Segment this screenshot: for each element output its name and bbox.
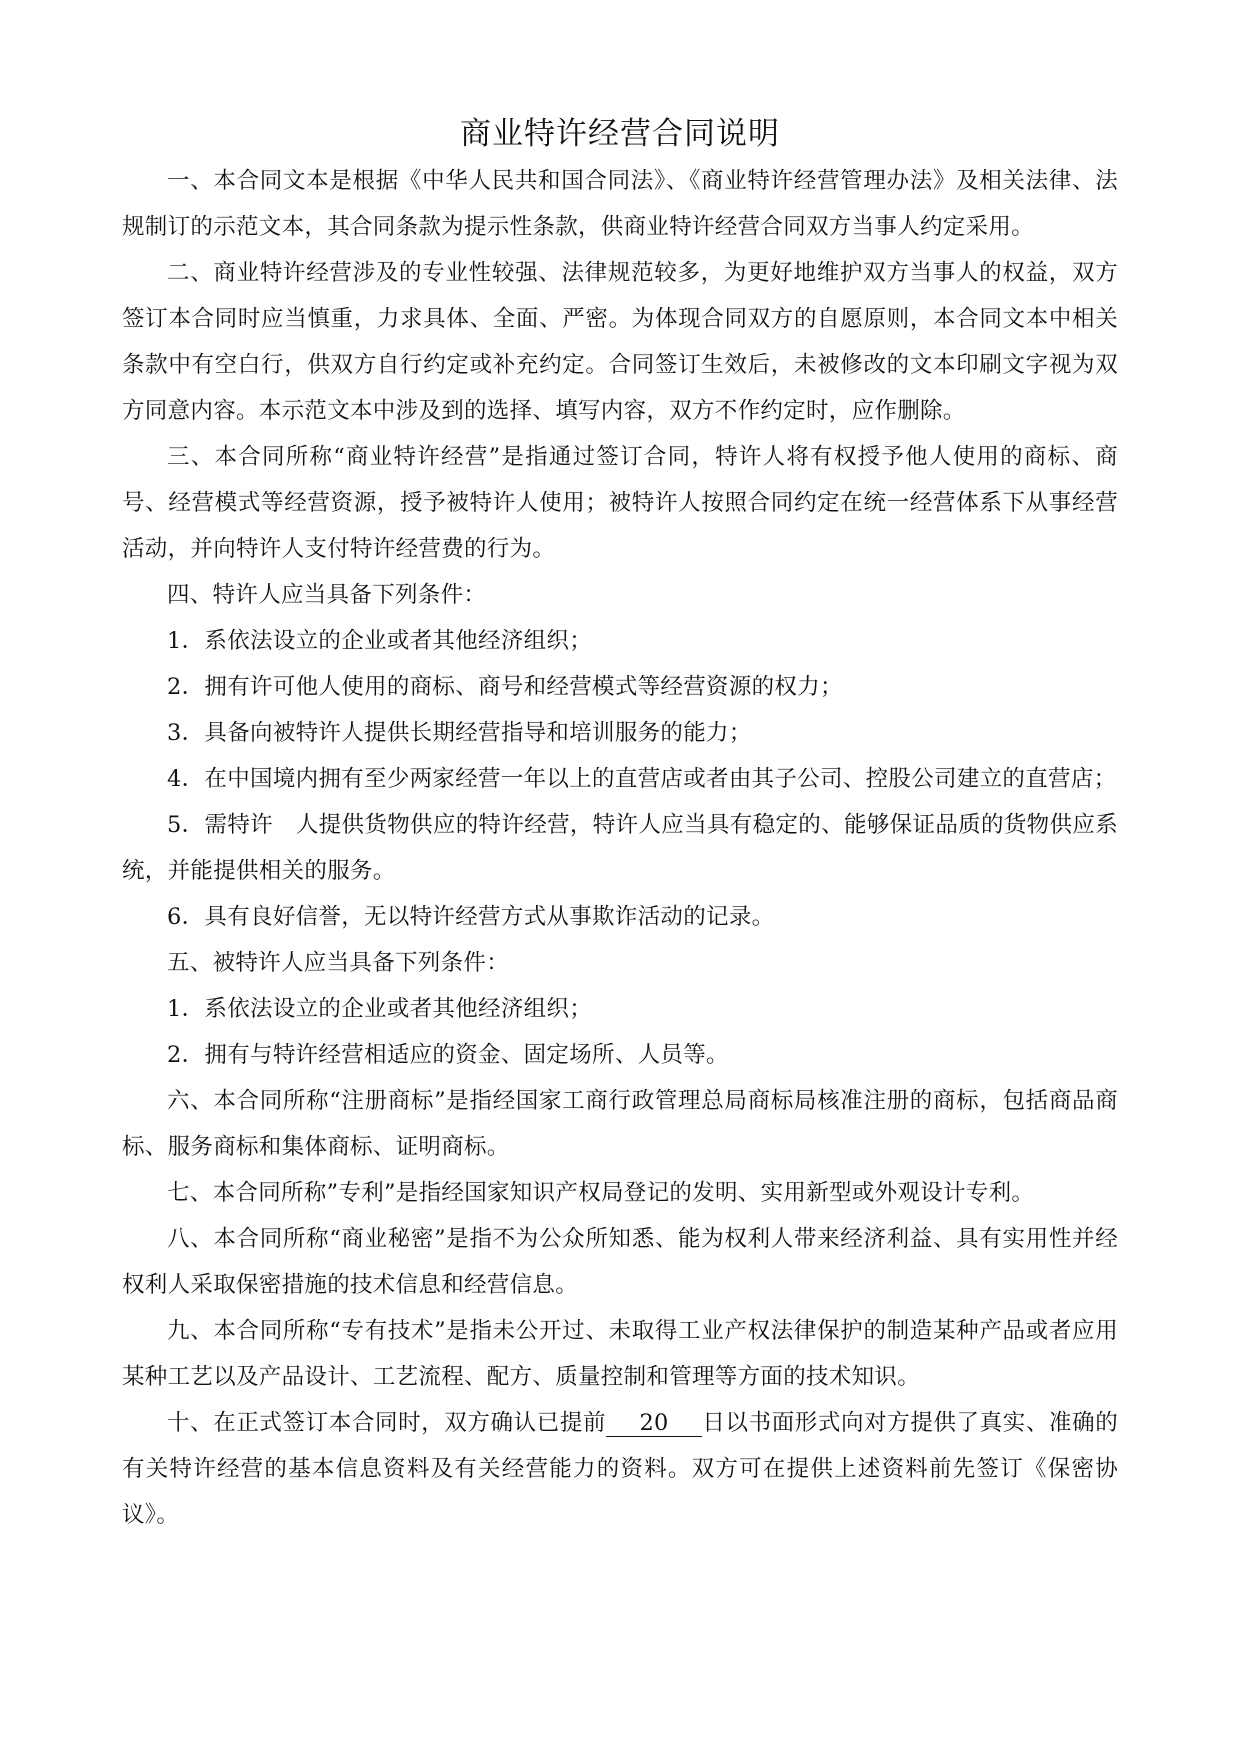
paragraph-5-item-1: 1．系依法设立的企业或者其他经济组织； (122, 986, 1118, 1032)
paragraph-5-item-2: 2．拥有与特许经营相适应的资金、固定场所、人员等。 (122, 1032, 1118, 1078)
paragraph-4-item-3: 3．具备向被特许人提供长期经营指导和培训服务的能力； (122, 710, 1118, 756)
paragraph-4-item-4: 4．在中国境内拥有至少两家经营一年以上的直营店或者由其子公司、控股公司建立的直营… (122, 756, 1118, 802)
paragraph-4-item-1: 1．系依法设立的企业或者其他经济组织； (122, 618, 1118, 664)
paragraph-4-item-2: 2．拥有许可他人使用的商标、商号和经营模式等经营资源的权力； (122, 664, 1118, 710)
document-page: 商业特许经营合同说明 一、本合同文本是根据《中华人民共和国合同法》、《商业特许经… (122, 112, 1118, 1538)
paragraph-7: 七、本合同所称”专利”是指经国家知识产权局登记的发明、实用新型或外观设计专利。 (122, 1170, 1118, 1216)
paragraph-5-heading: 五、被特许人应当具备下列条件： (122, 940, 1118, 986)
paragraph-6: 六、本合同所称“注册商标”是指经国家工商行政管理总局商标局核准注册的商标，包括商… (122, 1078, 1118, 1170)
paragraph-2: 二、商业特许经营涉及的专业性较强、法律规范较多，为更好地维护双方当事人的权益，双… (122, 250, 1118, 434)
days-blank-field: 20 (606, 1410, 702, 1437)
paragraph-8: 八、本合同所称“商业秘密”是指不为公众所知悉、能为权利人带来经济利益、具有实用性… (122, 1216, 1118, 1308)
paragraph-10: 十、在正式签订本合同时，双方确认已提前20日以书面形式向对方提供了真实、准确的有… (122, 1400, 1118, 1538)
paragraph-9: 九、本合同所称“专有技术”是指未公开过、未取得工业产权法律保护的制造某种产品或者… (122, 1308, 1118, 1400)
paragraph-4-item-5: 5．需特许 人提供货物供应的特许经营，特许人应当具有稳定的、能够保证品质的货物供… (122, 802, 1118, 894)
paragraph-4-heading: 四、特许人应当具备下列条件： (122, 572, 1118, 618)
paragraph-4-item-6: 6．具有良好信誉，无以特许经营方式从事欺诈活动的记录。 (122, 894, 1118, 940)
paragraph-1: 一、本合同文本是根据《中华人民共和国合同法》、《商业特许经营管理办法》及相关法律… (122, 158, 1118, 250)
paragraph-10-text-before: 十、在正式签订本合同时，双方确认已提前 (167, 1410, 606, 1436)
paragraph-3: 三、本合同所称“商业特许经营”是指通过签订合同，特许人将有权授予他人使用的商标、… (122, 434, 1118, 572)
document-title: 商业特许经营合同说明 (122, 112, 1118, 156)
